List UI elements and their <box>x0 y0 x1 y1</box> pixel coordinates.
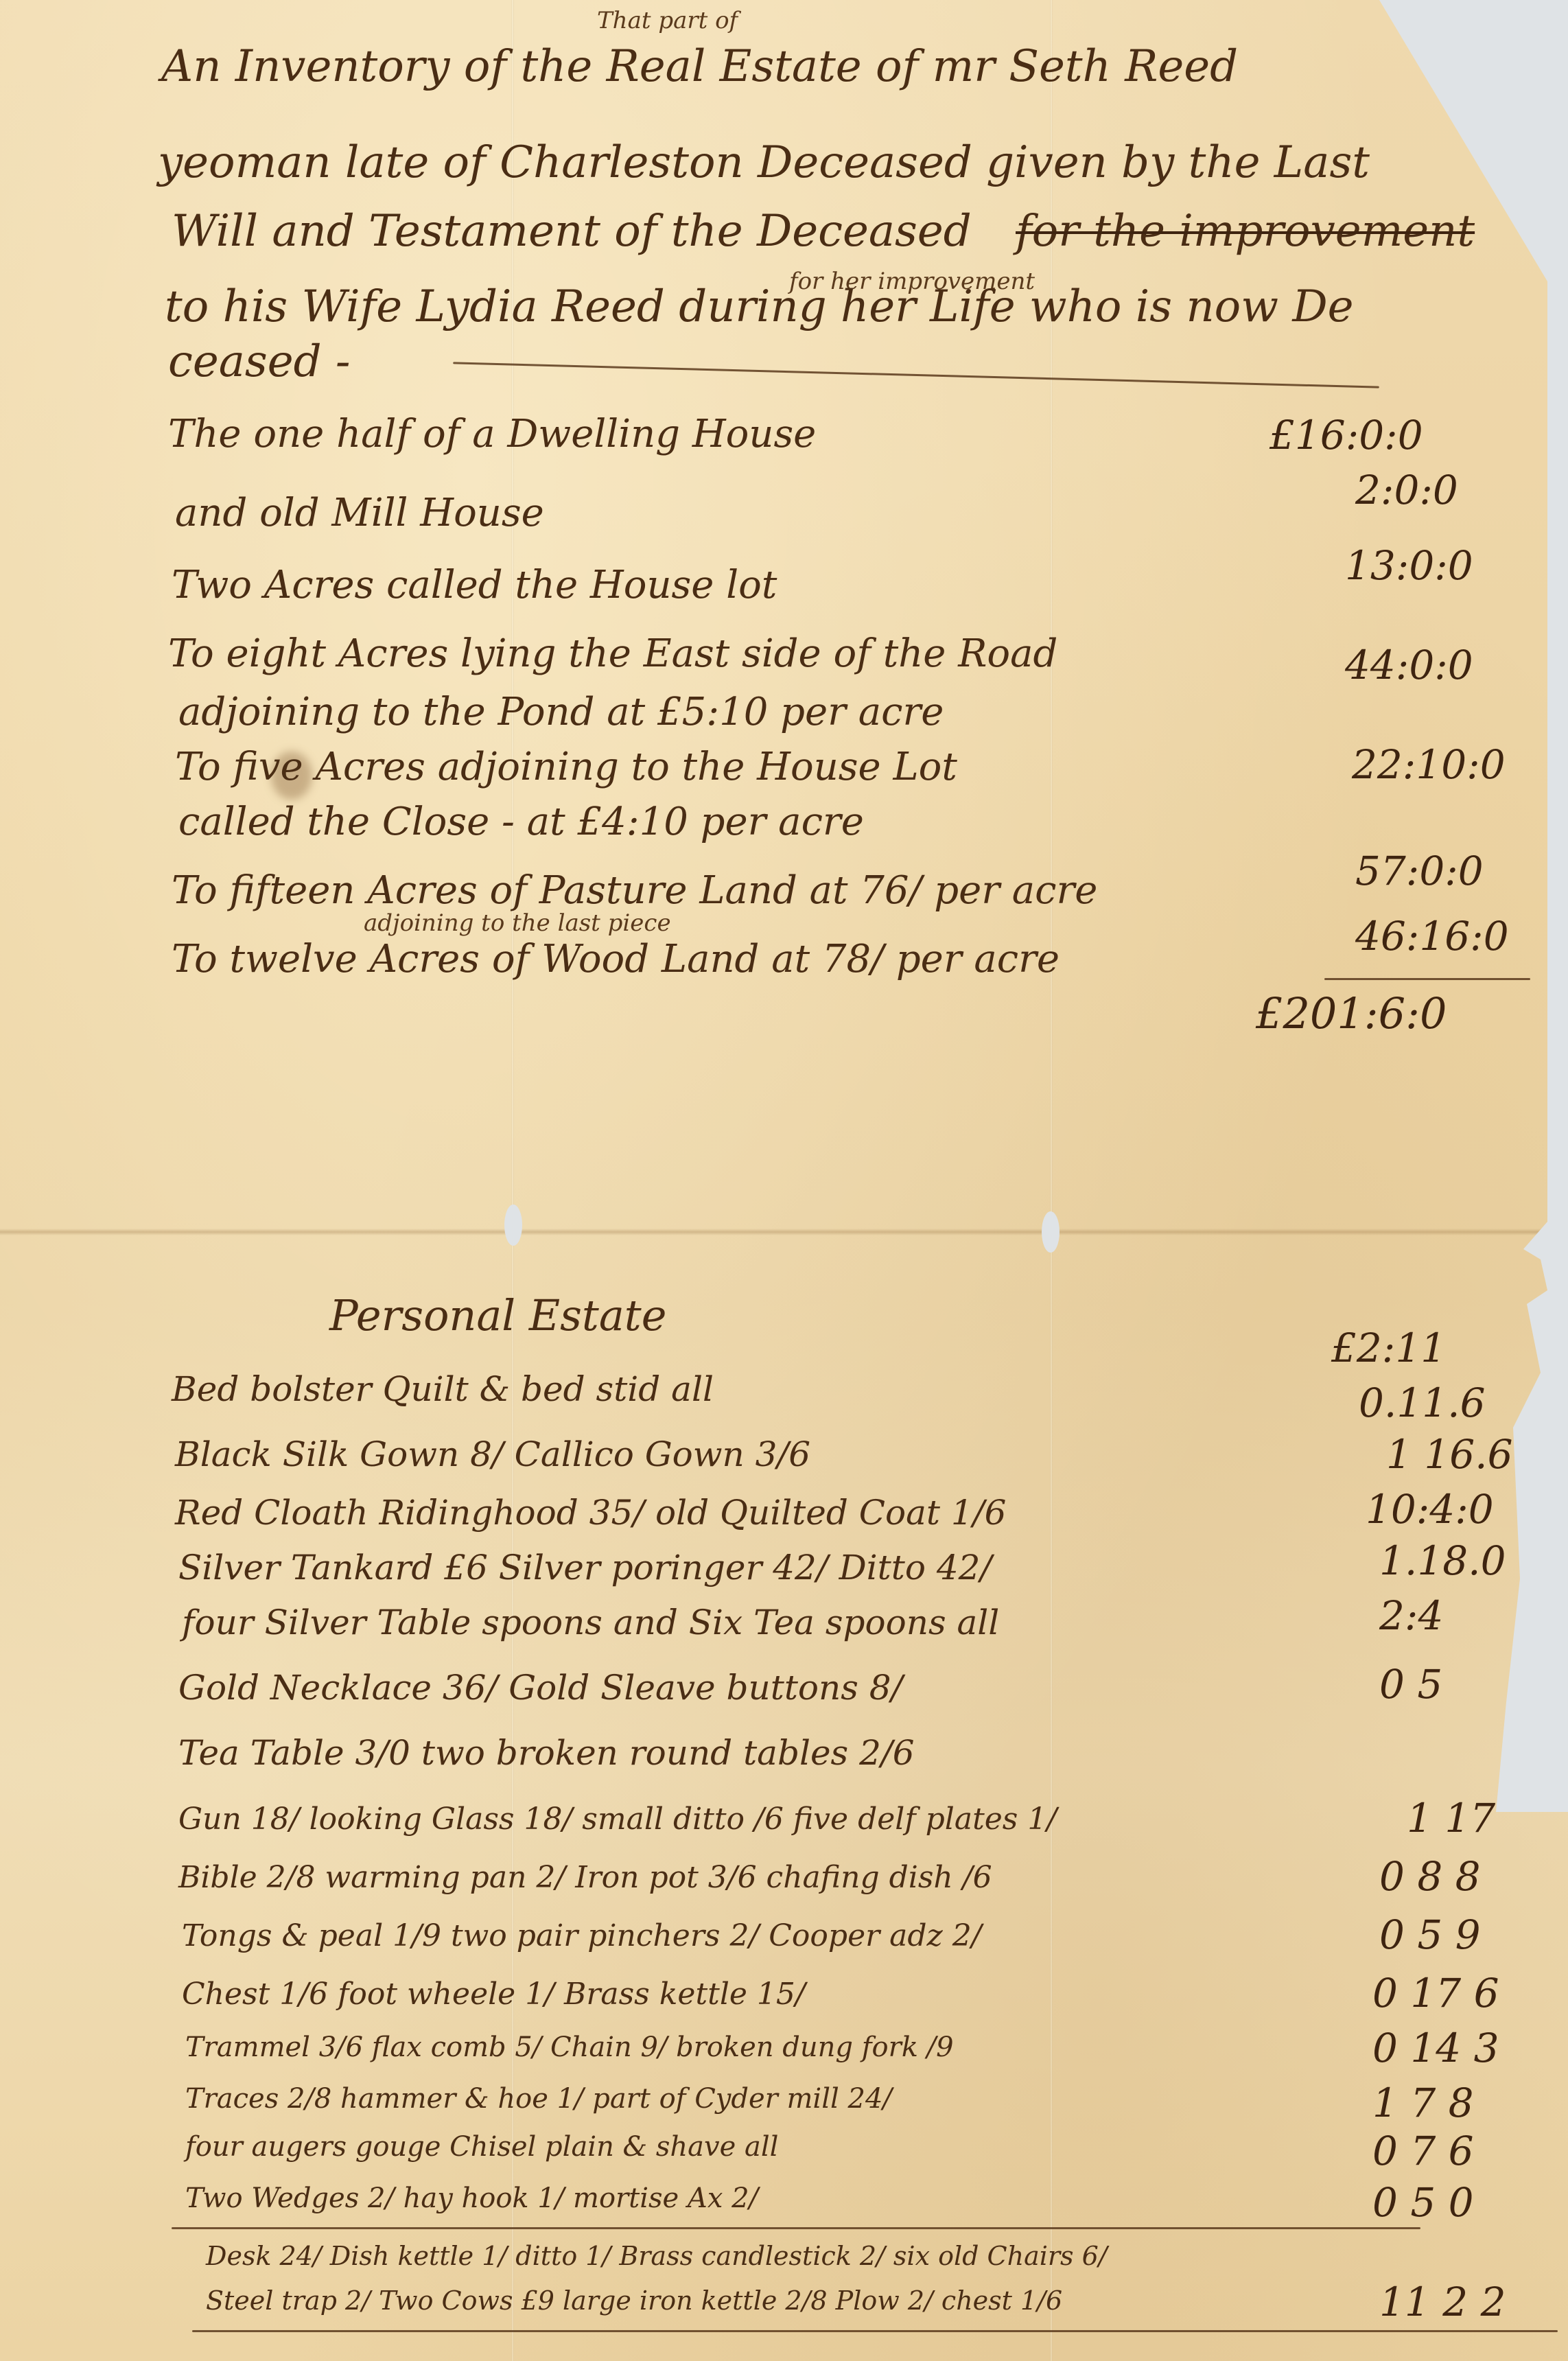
amount: 0 7 6 <box>1372 2128 1474 2174</box>
paper-hole <box>1042 1211 1060 1253</box>
amount: 1.18.0 <box>1379 1537 1506 1584</box>
personal-item: Red Cloath Ridinghood 35/ old Quilted Co… <box>175 1493 1006 1533</box>
interlineation: That part of <box>597 7 738 34</box>
header-line: yeoman late of Charleston Deceased given… <box>158 137 1370 188</box>
amount: 1 17 <box>1407 1795 1495 1841</box>
fold-crease <box>1050 0 1053 2361</box>
amount: 0 8 8 <box>1379 1853 1481 1900</box>
header-line: Will and Testament of the Deceased <box>172 206 972 257</box>
amount: 0 17 6 <box>1372 1970 1499 2016</box>
amount: 1 16.6 <box>1386 1431 1512 1478</box>
amount: 0 5 9 <box>1379 1911 1481 1958</box>
real-estate-item: adjoining to the Pond at £5:10 per acre <box>178 690 944 734</box>
real-estate-item: Two Acres called the House lot <box>172 563 777 607</box>
divider-rule <box>453 362 1379 388</box>
personal-item: Bible 2/8 warming pan 2/ Iron pot 3/6 ch… <box>178 1860 992 1895</box>
real-estate-item: called the Close - at £4:10 per acre <box>178 800 864 844</box>
struck-text: for the improvement <box>1016 206 1475 257</box>
personal-item: Black Silk Gown 8/ Callico Gown 3/6 <box>175 1434 810 1474</box>
sum-rule <box>1324 978 1530 980</box>
amount: 0 5 <box>1379 1661 1442 1708</box>
amount: 57:0:0 <box>1355 848 1484 894</box>
amount: 13:0:0 <box>1345 542 1473 589</box>
real-estate-item: To fifteen Acres of Pasture Land at 76/ … <box>172 868 1097 913</box>
personal-item: Bed bolster Quilt & bed stid all <box>172 1369 714 1409</box>
fold-crease <box>0 1229 1568 1235</box>
personal-item: Silver Tankard £6 Silver poringer 42/ Di… <box>178 1548 992 1587</box>
interlineation: adjoining to the last piece <box>364 909 671 937</box>
amount: 0 14 3 <box>1372 2025 1499 2071</box>
header-line: An Inventory of the Real Estate of mr Se… <box>161 41 1238 92</box>
real-estate-item: The one half of a Dwelling House <box>168 412 816 456</box>
header-line: ceased - <box>168 336 351 387</box>
amount: 46:16:0 <box>1355 913 1509 959</box>
real-estate-item: To eight Acres lying the East side of th… <box>168 631 1057 676</box>
amount: 0.11.6 <box>1359 1380 1485 1426</box>
paper-hole <box>504 1205 522 1246</box>
real-estate-item: To twelve Acres of Wood Land at 78/ per … <box>172 937 1060 981</box>
amount: 1 7 8 <box>1372 2080 1474 2126</box>
personal-item: Tea Table 3/0 two broken round tables 2/… <box>178 1733 915 1773</box>
personal-item: Tongs & peal 1/9 two pair pinchers 2/ Co… <box>182 1918 982 1953</box>
divider-rule <box>192 2330 1558 2332</box>
personal-item: Chest 1/6 foot wheele 1/ Brass kettle 15… <box>182 1977 806 2012</box>
amount: 44:0:0 <box>1345 642 1473 688</box>
document-page: That part of An Inventory of the Real Es… <box>0 0 1568 2361</box>
amount: 2:0:0 <box>1355 467 1458 513</box>
personal-item: Gold Necklace 36/ Gold Sleave buttons 8/ <box>178 1668 902 1708</box>
section-heading: Personal Estate <box>329 1290 666 1340</box>
amount: 2:4 <box>1379 1592 1443 1639</box>
personal-item: four Silver Table spoons and Six Tea spo… <box>182 1603 999 1642</box>
personal-item: Traces 2/8 hammer & hoe 1/ part of Cyder… <box>185 2083 892 2115</box>
amount: 22:10:0 <box>1352 741 1506 788</box>
real-estate-item: and old Mill House <box>175 491 544 535</box>
amount: £16:0:0 <box>1269 412 1423 458</box>
total-amount: £201:6:0 <box>1256 988 1447 1038</box>
real-estate-item: To five Acres adjoining to the House Lot <box>175 745 957 789</box>
amount: 11 2 2 <box>1379 2279 1506 2325</box>
amount: 0 5 0 <box>1372 2179 1474 2226</box>
amount: £2:11 <box>1331 1325 1446 1371</box>
header-line: to his Wife Lydia Reed during her Life w… <box>165 281 1354 332</box>
personal-item: Gun 18/ looking Glass 18/ small ditto /6… <box>178 1802 1057 1837</box>
divider-rule <box>172 2227 1420 2229</box>
personal-item: Trammel 3/6 flax comb 5/ Chain 9/ broken… <box>185 2032 954 2063</box>
personal-item: four augers gouge Chisel plain & shave a… <box>185 2131 778 2163</box>
personal-item: Steel trap 2/ Two Cows £9 large iron ket… <box>206 2286 1062 2316</box>
personal-item: Two Wedges 2/ hay hook 1/ mortise Ax 2/ <box>185 2183 758 2214</box>
amount: 10:4:0 <box>1366 1486 1494 1533</box>
personal-item: Desk 24/ Dish kettle 1/ ditto 1/ Brass c… <box>206 2241 1108 2271</box>
